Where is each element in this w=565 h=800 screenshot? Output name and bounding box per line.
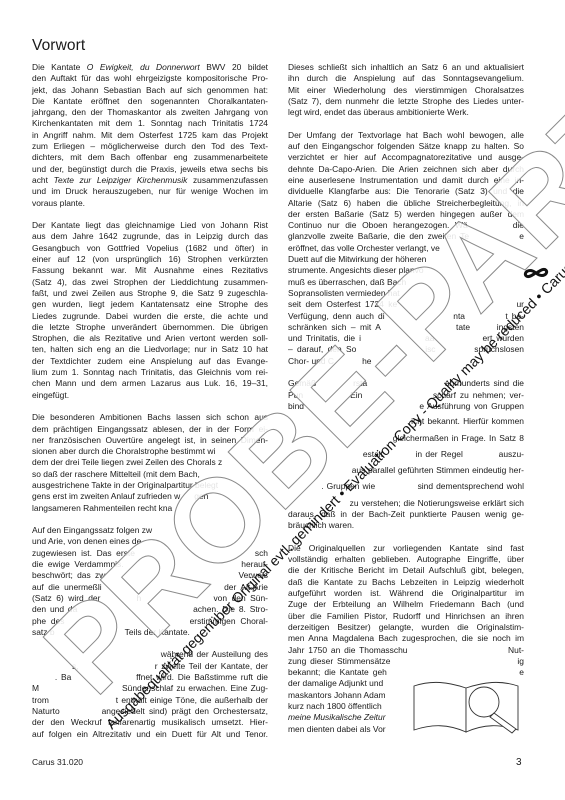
text-line: daß die Kantate zu Bachs Lebzeiten in Le… [288, 577, 524, 588]
text-line: und Arie, von denen eines de [32, 536, 268, 547]
catalog-number: Carus 31.020 [32, 757, 83, 767]
text-line: ihn durch die Anspielung auf das Sonntag… [288, 73, 524, 84]
text-line: zung dieser Stimmensätze ig [288, 656, 524, 667]
text-line: gens erst im zweiten Anlauf zufrieden w … [32, 491, 268, 502]
text-line: Zuge der Erbteilung an Wilhelm Friedeman… [288, 599, 524, 610]
text-line: legt wird, endet das überaus ambitionier… [288, 107, 524, 118]
text-line: während der Austeilung des [32, 649, 268, 660]
text-line: dem der drei Teile liegen zwei Zeilen de… [32, 457, 268, 468]
text-line: Die besonderen Ambitionen Bachs lassen s… [32, 412, 268, 423]
text-line: dividuelle Klangfarbe aus: Die Tenorarie… [288, 186, 524, 197]
left-column: Die Kantate O Ewigkeit, du Donnerwort BW… [32, 62, 268, 740]
text-line: Sopransolisten vermieden hat [288, 288, 524, 299]
text-line: Strophen, die als Rezitative und Arien v… [32, 333, 268, 344]
text-line: bräuchlich waren. [288, 520, 524, 531]
text-line: langsameren Rahmenteilen recht kna [32, 503, 268, 514]
text-line: icht bekannt. Hierfür kommen [288, 416, 524, 427]
text-line: men Anna Magdalena Bach zugesprochen, di… [288, 633, 524, 644]
text-line: Chor- und C he [288, 356, 524, 367]
text-line: chen Mann und dem armen Lazarus aus Luk.… [32, 378, 268, 389]
paragraph-1: Die Kantate O Ewigkeit, du Donnerwort BW… [32, 62, 268, 209]
text-line: beschwört; das zw Verweis [32, 570, 268, 581]
text-line: voraus plante. [32, 198, 268, 209]
text-line: muß es überraschen, daß Bach [288, 277, 524, 288]
text-line: Die Kantate O Ewigkeit, du Donnerwort BW… [32, 62, 268, 73]
text-line: eröffnet, das volle Orchester verlangt, … [288, 243, 524, 254]
text-line: estalt in der Regel auszu- [288, 449, 524, 460]
text-line: Continuo nur die Oboen herangezogen. Wä … [288, 220, 524, 231]
text-line: Liedes zugrunde. Dabei wurden die erste,… [32, 311, 268, 322]
text-line: acht Texte zur Leipziger Kirchenmusik zu… [32, 175, 268, 186]
text-line: derzeitigen Besitzer) gelangte, wurden d… [288, 622, 524, 633]
text-line: Der Kantate liegt das gleichnamige Lied … [32, 220, 268, 231]
text-line: Die Originalquellen zur vorliegenden Kan… [288, 543, 524, 554]
text-line: dehnte Da-Capo-Arien. Die Arien zeichnen… [288, 164, 524, 175]
text-line: die letzte Strophe unverändert übernomme… [32, 322, 268, 333]
paragraph-6: Dieses schließt sich inhaltlich an Satz … [288, 62, 524, 118]
text-line: die der Kritische Bericht im Detail Aufs… [288, 565, 524, 576]
page-title: Vorwort [32, 37, 85, 55]
text-line: Verfügung, denn auch di nta t be- [288, 311, 524, 322]
text-line: Gemäß rsta ahrhunderts sind die [288, 378, 524, 389]
text-line: einer auf 12 (von ursprünglich 16) Strop… [32, 254, 268, 265]
text-line: Naturto angesiedelt sind) prägt den Orch… [32, 706, 268, 717]
book-with-magnifier-icon [412, 680, 524, 734]
text-line: zum Erliegen – möglicherweise durch den … [32, 141, 268, 152]
text-line: der Textdichter zudem eine Anspielung au… [32, 356, 268, 367]
text-line: und der, begünstigt durch die Praxis, je… [32, 164, 268, 175]
text-line: der ersten Baßarie (Satz 5) werden hinge… [288, 209, 524, 220]
text-line: strumente. Angesichts dieser planvo [288, 265, 524, 276]
text-line: in Angriff nahm. Mit dem Osterfest 1725 … [32, 130, 268, 141]
text-line: Kirchenkantaten mit dem 1. Sonntag nach … [32, 118, 268, 129]
text-line: aus dem Jahre 1642 zugrunde, das in Leip… [32, 231, 268, 242]
text-line: schränken sich – mit A tate ingsten [288, 322, 524, 333]
text-line: vollständig erhalten geblieben. Autograp… [288, 554, 524, 565]
text-line: – darauf, den So isc spruchslosen [288, 344, 524, 355]
text-line: die ewige Verdammnis. herauf- [32, 559, 268, 570]
text-line: ten, halten sich eng an die Liedvorlage;… [32, 344, 268, 355]
text-line: verzichtet er hier auf Accompagnatorezit… [288, 152, 524, 163]
text-line: ausgestrichene Takte in der Originalpart… [32, 480, 268, 491]
text-line: auf folgen ein Altrezitativ und ein Duet… [32, 729, 268, 740]
text-line: Pun Ein scharf zu nehmen; ver- [288, 390, 524, 401]
page-number: 3 [516, 757, 522, 768]
text-line: dichters, mit dem Bach offenbar eng zusa… [32, 152, 268, 163]
text-line: (Satz 4), das zwei Strophen der Lieddich… [32, 277, 268, 288]
text-line: der den Weckruf fanfarenartig musikalisc… [32, 717, 268, 728]
text-line: . Ba ffnet wird. Die Baßstimme ruft die [32, 672, 268, 683]
text-line: jekt, das Johann Sebastian Bach auf sich… [32, 85, 268, 96]
text-line: dem prächtigen Eingangssatz ablesen, der… [32, 424, 268, 435]
text-line: faßt, und zwei Zeilen aus Strophe 9, die… [32, 288, 268, 299]
text-line: und im Druck herauszugeben, nur für weni… [32, 186, 268, 197]
text-line: Jahr 1750 an die Thomasschu Nut- [288, 645, 524, 656]
text-line: Dieses schließt sich inhaltlich an Satz … [288, 62, 524, 73]
text-line: sionen aber durch die Choralstrophe best… [32, 446, 268, 457]
text-line: Der Umfang der Textvorlage hat Bach wohl… [288, 130, 524, 141]
text-line: aus parallel geführten Stimmen eindeutig… [288, 465, 524, 476]
paragraph-2: Der Kantate liegt das gleichnamige Lied … [32, 220, 268, 401]
text-line: auf die unermeßli der Alt-Arie [32, 582, 268, 593]
text-line: Mit einer Wiederholung des vierstimmigen… [288, 85, 524, 96]
text-line: eingefügt. [32, 390, 268, 401]
text-line: Auf den Eingangssatz folgen zw [32, 525, 268, 536]
text-line: so daß der raschere Mittelteil (mit dem … [32, 469, 268, 480]
carus-logo-icon [523, 262, 549, 284]
text-line: Fassung bekannt war. Mit Ausnahme eines … [32, 265, 268, 276]
text-line: Duett auf die Mitwirkung der höheren [288, 254, 524, 265]
text-line: seit dem Osterfest 1724 ke ur [288, 299, 524, 310]
text-line: Altarie (Satz 6) haben die übliche Strei… [288, 198, 524, 209]
text-line: Gesangbuch von Gottfried Vopelius (1682 … [32, 243, 268, 254]
text-line: trom t enthält einige Töne, die außerhal… [32, 695, 268, 706]
text-line: den und da achen. Die 8. Stro- [32, 604, 268, 615]
text-line: Die Kantate eröffnet den sogenannten Cho… [32, 96, 268, 107]
right-column: Dieses schließt sich inhaltlich an Satz … [288, 62, 524, 746]
text-line: ner französischen Ouvertüre angelegt ist… [32, 435, 268, 446]
text-line: glanzvolle zweite Baßarie, die den zweit… [288, 231, 524, 242]
text-line: über die Familien Pistor, Rudorff und Hi… [288, 611, 524, 622]
paragraph-8: Gemäß rsta ahrhunderts sind die Pun Ein … [288, 378, 524, 531]
text-line: zugewiesen ist. Das erste sch [32, 548, 268, 559]
text-line: . Gruppen wie sind dementsprechend wohl [288, 481, 524, 492]
text-line: s, r zweite Teil der Kantate, der [32, 661, 268, 672]
text-line: jahrgang, den der Thomaskantor als zweit… [32, 107, 268, 118]
text-line: aufgeführt worden ist. Während die Origi… [288, 588, 524, 599]
text-line: bind e Ausführung von Gruppen [288, 401, 524, 412]
text-line: zu verstehen; die Notierungsweise erklär… [288, 498, 524, 509]
text-line: M Sündenschlaf zu erwachen. Eine Zug- [32, 683, 268, 694]
text-line: den Auftakt für das wohl ehrgeizigste ko… [32, 73, 268, 84]
text-line: satz b Teils der Kantate. [32, 627, 268, 638]
text-line: lium zum 1. Sonntag nach Trinitatis, das… [32, 367, 268, 378]
text-line: (Satz 6) wird der h von den Sün- [32, 593, 268, 604]
text-line: gen wurden, liegt jedem Kantatensatz ein… [32, 299, 268, 310]
paragraph-5: während der Austeilung des s, r zweite T… [32, 649, 268, 739]
text-line: auf den Eingangschor folgenden Sätze kna… [288, 141, 524, 152]
paragraph-3: Die besonderen Ambitionen Bachs lassen s… [32, 412, 268, 514]
text-line: (Satz 7), dem nunmehr die letzte Strophe… [288, 96, 524, 107]
paragraph-7: Der Umfang der Textvorlage hat Bach wohl… [288, 130, 524, 367]
text-line: bekannt; die Kantate geh e [288, 667, 524, 678]
text-line: eine auserlesene Instrumentation und dam… [288, 175, 524, 186]
text-line: und Trinitatis, die i aa ert wurden [288, 333, 524, 344]
text-line: gleichermaßen in Frage. In Satz 8 [288, 433, 524, 444]
paragraph-4: Auf den Eingangssatz folgen zw und Arie,… [32, 525, 268, 638]
text-line: daraus, daß in der Bach-Zeit punktierte … [288, 509, 524, 520]
text-line: phe des erstimmigen Choral- [32, 616, 268, 627]
